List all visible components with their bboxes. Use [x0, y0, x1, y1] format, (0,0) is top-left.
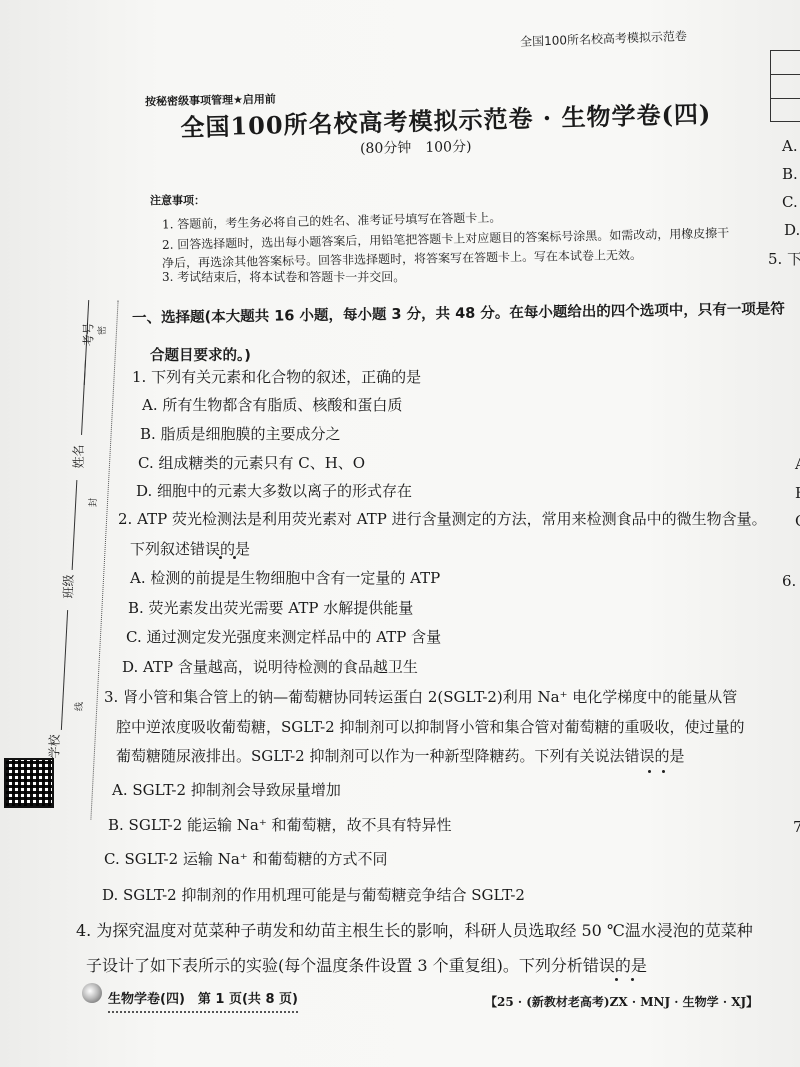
question-3-option-a: A. SGLT-2 抑制剂会导致尿量增加 — [112, 779, 341, 800]
margin-label-school: 学校 — [46, 734, 63, 758]
edge-option: B — [795, 484, 800, 502]
series-label: 全国100所名校高考模拟示范卷 — [520, 27, 687, 50]
question-2-option-a: A. 检测的前提是生物细胞中含有一定量的 ATP — [130, 567, 440, 588]
seal-mark: 线 — [72, 702, 85, 711]
exam-page: 全国100所名校高考模拟示范卷 A. B. C. D. 5. 下 A B C 6… — [0, 0, 800, 1067]
edge-option: C. — [782, 193, 798, 211]
question-2-option-b: B. 荧光素发出荧光需要 ATP 水解提供能量 — [128, 597, 413, 618]
question-1-option-c: C. 组成糖类的元素只有 C、H、O — [138, 452, 365, 473]
section-heading: 一、选择题(本大题共 16 小题，每小题 3 分，共 48 分。在每小题给出的四… — [132, 297, 785, 327]
footer-page-info: 生物学卷(四) 第 1 页(共 8 页) — [108, 988, 298, 1013]
margin-line — [61, 610, 68, 730]
footer-logo-icon — [82, 983, 102, 1003]
footer-exam-code: 【25 · (新教材老高考)ZX · MNJ · 生物学 · XJ】 — [485, 993, 758, 1010]
edge-option: A — [795, 455, 800, 473]
qr-code[interactable] — [4, 758, 54, 808]
edge-question-7: 7 — [793, 818, 800, 836]
margin-label-exam-number: 考号 — [80, 322, 97, 346]
seal-line — [90, 300, 118, 819]
question-2-option-d: D. ATP 含量越高，说明待检测的食品越卫生 — [122, 656, 418, 677]
emphasis-dot — [233, 556, 236, 559]
question-3-option-c: C. SGLT-2 运输 Na⁺ 和葡萄糖的方式不同 — [104, 848, 387, 869]
edge-option: D. — [784, 221, 800, 239]
margin-line — [81, 360, 86, 435]
question-2-stem: 2. ATP 荧光检测法是利用荧光素对 ATP 进行含量测定的方法，常用来检测食… — [118, 508, 767, 529]
question-1-option-d: D. 细胞中的元素大多数以离子的形式存在 — [136, 480, 412, 501]
seal-mark: 密 — [95, 326, 108, 335]
question-4-stem-cont: 子设计了如下表所示的实验(每个温度条件设置 3 个重复组)。下列分析错误的是 — [86, 953, 647, 976]
emphasis-dot — [631, 978, 634, 981]
section-heading-cont: 合题目要求的。) — [150, 344, 251, 365]
edge-question-5: 5. 下 — [768, 248, 800, 269]
emphasis-dot — [219, 556, 222, 559]
next-page-table-fragment — [770, 50, 800, 122]
emphasis-dot — [648, 770, 651, 773]
edge-option: A. — [782, 137, 798, 155]
notes-title: 注意事项： — [150, 192, 205, 208]
note-item: 3. 考试结束后，将本试卷和答题卡一并交回。 — [162, 268, 405, 285]
exam-duration-score: (80分钟 100分) — [360, 136, 472, 158]
question-3-stem: 3. 肾小管和集合管上的钠—葡萄糖协同转运蛋白 2(SGLT-2)利用 Na⁺ … — [104, 686, 737, 707]
question-3-stem-cont: 葡萄糖随尿液排出。SGLT-2 抑制剂可以作为一种新型降糖药。下列有关说法错误的… — [116, 745, 684, 766]
question-2-stem-cont: 下列叙述错误的是 — [130, 538, 250, 559]
question-2-option-c: C. 通过测定发光强度来测定样品中的 ATP 含量 — [126, 626, 441, 647]
edge-question-6: 6. — [782, 572, 796, 590]
edge-option: C — [795, 512, 800, 530]
question-1-option-b: B. 脂质是细胞膜的主要成分之 — [140, 423, 341, 444]
margin-label-name: 姓名 — [70, 444, 87, 468]
seal-mark: 封 — [86, 498, 99, 507]
question-1-stem: 1. 下列有关元素和化合物的叙述，正确的是 — [132, 366, 421, 387]
question-1-option-a: A. 所有生物都含有脂质、核酸和蛋白质 — [142, 394, 402, 415]
edge-option: B. — [782, 165, 798, 183]
question-3-stem-cont: 腔中逆浓度吸收葡萄糖，SGLT-2 抑制剂可以抑制肾小管和集合管对葡萄糖的重吸收… — [116, 716, 744, 737]
question-4-stem: 4. 为探究温度对苋菜种子萌发和幼苗主根生长的影响，科研人员选取经 50 ℃温水… — [76, 918, 753, 941]
margin-label-class: 班级 — [60, 574, 77, 598]
question-3-option-d: D. SGLT-2 抑制剂的作用机理可能是与葡萄糖竞争结合 SGLT-2 — [102, 884, 525, 905]
question-3-option-b: B. SGLT-2 能运输 Na⁺ 和葡萄糖，故不具有特异性 — [108, 814, 452, 835]
emphasis-dot — [662, 770, 665, 773]
emphasis-dot — [615, 978, 618, 981]
margin-line — [72, 480, 78, 570]
